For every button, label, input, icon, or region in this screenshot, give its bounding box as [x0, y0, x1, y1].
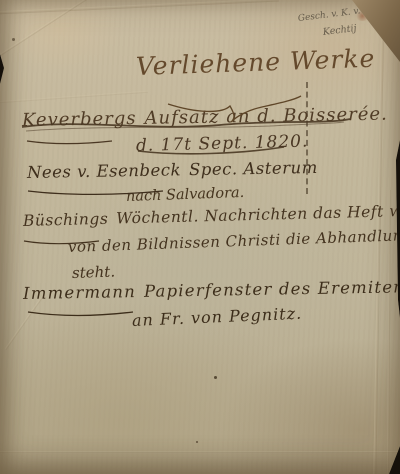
entry-nees-name: Nees v. Esenbeck	[27, 160, 181, 182]
entry-immermann-name: Immermann	[23, 282, 136, 303]
entry-buesching-name: Büschings	[23, 210, 109, 230]
entry-keverberg-rest: Aufsatz an d. Boisserée.	[144, 104, 388, 129]
entry-nees-rest: Spec. Asterum	[189, 158, 318, 179]
entry-buesching-line3: steht.	[72, 263, 116, 282]
paper-sheet: Gesch. v. K. v. Kechtij Verliehene Werke…	[0, 0, 400, 474]
entry-keverberg-name: Keverbergs	[22, 108, 137, 131]
manuscript-photo: Gesch. v. K. v. Kechtij Verliehene Werke…	[0, 0, 400, 474]
